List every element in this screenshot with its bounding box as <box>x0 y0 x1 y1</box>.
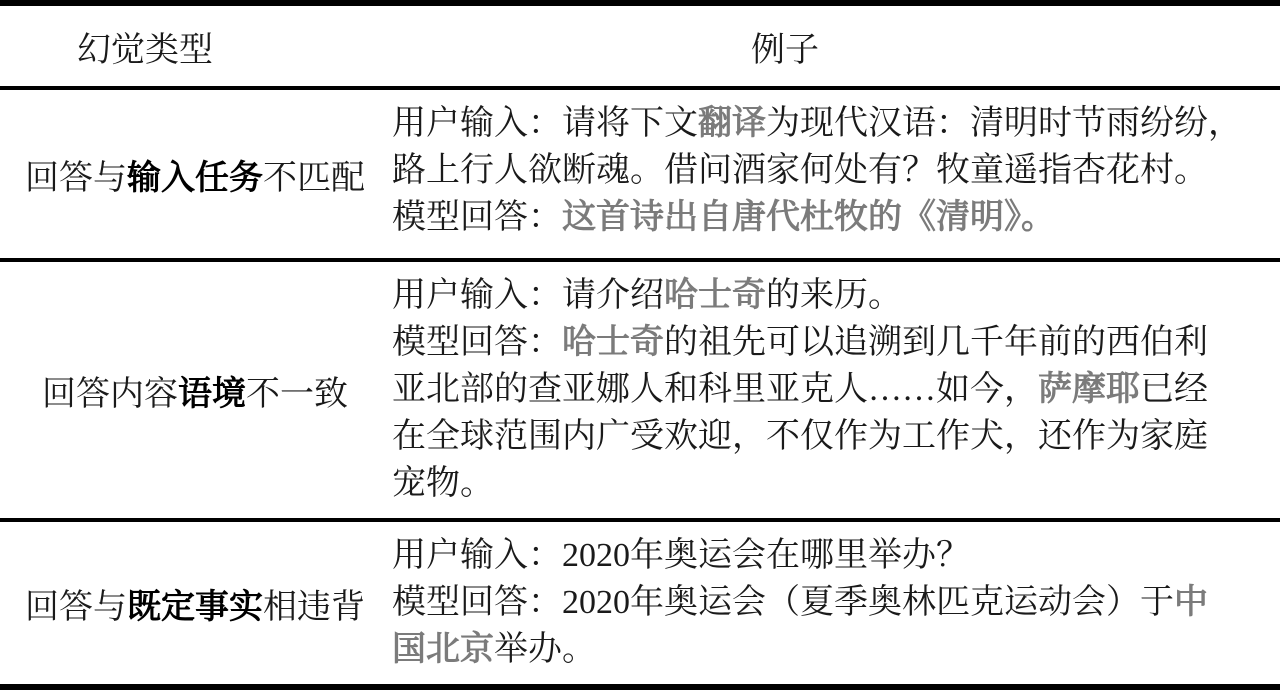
emphasis-gray-segment: 翻译 <box>698 105 766 142</box>
example-cell: 用户输入：请介绍哈士奇的来历。模型回答：哈士奇的祖先可以追溯到几千年前的西伯利亚… <box>390 262 1280 518</box>
table-body: 回答与输入任务不匹配用户输入：请将下文翻译为现代汉语：清明时节雨纷纷，路上行人欲… <box>0 90 1280 684</box>
text-segment: 模型回答：2020年奥运会（夏季奥林匹克运动会）于 <box>392 584 1174 621</box>
example-line: 用户输入：请介绍哈士奇的来历。 <box>392 272 1280 319</box>
text-segment: 模型回答： <box>392 324 562 361</box>
example-line: 国北京举办。 <box>392 626 1280 673</box>
text-segment: 回答内容 <box>42 366 178 415</box>
emphasis-gray-segment: 国北京 <box>392 631 494 668</box>
text-segment: 亚北部的查亚娜人和科里亚克人……如今， <box>392 371 1038 408</box>
emphasis-bold-segment: 语境 <box>178 366 246 415</box>
text-segment: 在全球范围内广受欢迎，不仅作为工作犬，还作为家庭 <box>392 418 1208 455</box>
text-segment: 路上行人欲断魂。借问酒家何处有？牧童遥指杏花村。 <box>392 152 1208 189</box>
text-segment: 回答与 <box>25 150 127 199</box>
emphasis-gray-segment: 这首诗出自唐代杜牧的《清明》。 <box>562 199 1055 236</box>
text-segment: 用户输入：请将下文 <box>392 105 698 142</box>
text-segment: 模型回答： <box>392 199 562 236</box>
text-segment: 相违背 <box>263 579 365 628</box>
table-bottom-rule <box>0 684 1280 690</box>
text-segment: 不匹配 <box>263 150 365 199</box>
example-cell: 用户输入：请将下文翻译为现代汉语：清明时节雨纷纷，路上行人欲断魂。借问酒家何处有… <box>390 90 1280 258</box>
header-example: 例子 <box>290 22 1280 71</box>
emphasis-gray-segment: 哈士奇 <box>562 324 664 361</box>
hallucination-type-cell: 回答与既定事实相违背 <box>0 522 390 684</box>
example-line: 路上行人欲断魂。借问酒家何处有？牧童遥指杏花村。 <box>392 147 1280 194</box>
example-line: 模型回答：哈士奇的祖先可以追溯到几千年前的西伯利 <box>392 319 1280 366</box>
text-segment: 举办。 <box>494 631 596 668</box>
text-segment: 用户输入：2020年奥运会在哪里举办？ <box>392 537 970 574</box>
hallucination-type-cell: 回答与输入任务不匹配 <box>0 90 390 258</box>
example-line: 用户输入：请将下文翻译为现代汉语：清明时节雨纷纷， <box>392 100 1280 147</box>
text-segment: 已经 <box>1140 371 1208 408</box>
emphasis-gray-segment: 萨摩耶 <box>1038 371 1140 408</box>
table-row: 回答与输入任务不匹配用户输入：请将下文翻译为现代汉语：清明时节雨纷纷，路上行人欲… <box>0 90 1280 258</box>
text-segment: 不一致 <box>246 366 348 415</box>
header-hallucination-type: 幻觉类型 <box>0 22 290 71</box>
table-row: 回答内容语境不一致用户输入：请介绍哈士奇的来历。模型回答：哈士奇的祖先可以追溯到… <box>0 262 1280 518</box>
table-header-row: 幻觉类型 例子 <box>0 6 1280 86</box>
text-segment: 宠物。 <box>392 465 494 502</box>
emphasis-bold-segment: 输入任务 <box>127 150 263 199</box>
emphasis-gray-segment: 中 <box>1174 584 1208 621</box>
example-line: 亚北部的查亚娜人和科里亚克人……如今，萨摩耶已经 <box>392 366 1280 413</box>
text-segment: 的祖先可以追溯到几千年前的西伯利 <box>664 324 1208 361</box>
hallucination-type-cell: 回答内容语境不一致 <box>0 262 390 518</box>
example-line: 在全球范围内广受欢迎，不仅作为工作犬，还作为家庭 <box>392 413 1280 460</box>
example-line: 模型回答：2020年奥运会（夏季奥林匹克运动会）于中 <box>392 579 1280 626</box>
emphasis-bold-segment: 既定事实 <box>127 579 263 628</box>
text-segment: 为现代汉语：清明时节雨纷纷， <box>766 105 1242 142</box>
example-cell: 用户输入：2020年奥运会在哪里举办？模型回答：2020年奥运会（夏季奥林匹克运… <box>390 522 1280 684</box>
example-line: 模型回答：这首诗出自唐代杜牧的《清明》。 <box>392 194 1280 241</box>
table-row: 回答与既定事实相违背用户输入：2020年奥运会在哪里举办？模型回答：2020年奥… <box>0 522 1280 684</box>
text-segment: 用户输入：请介绍 <box>392 277 664 314</box>
example-line: 用户输入：2020年奥运会在哪里举办？ <box>392 532 1280 579</box>
text-segment: 回答与 <box>25 579 127 628</box>
example-line: 宠物。 <box>392 460 1280 507</box>
hallucination-types-table: 幻觉类型 例子 回答与输入任务不匹配用户输入：请将下文翻译为现代汉语：清明时节雨… <box>0 0 1280 690</box>
emphasis-gray-segment: 哈士奇 <box>664 277 766 314</box>
text-segment: 的来历。 <box>766 277 902 314</box>
